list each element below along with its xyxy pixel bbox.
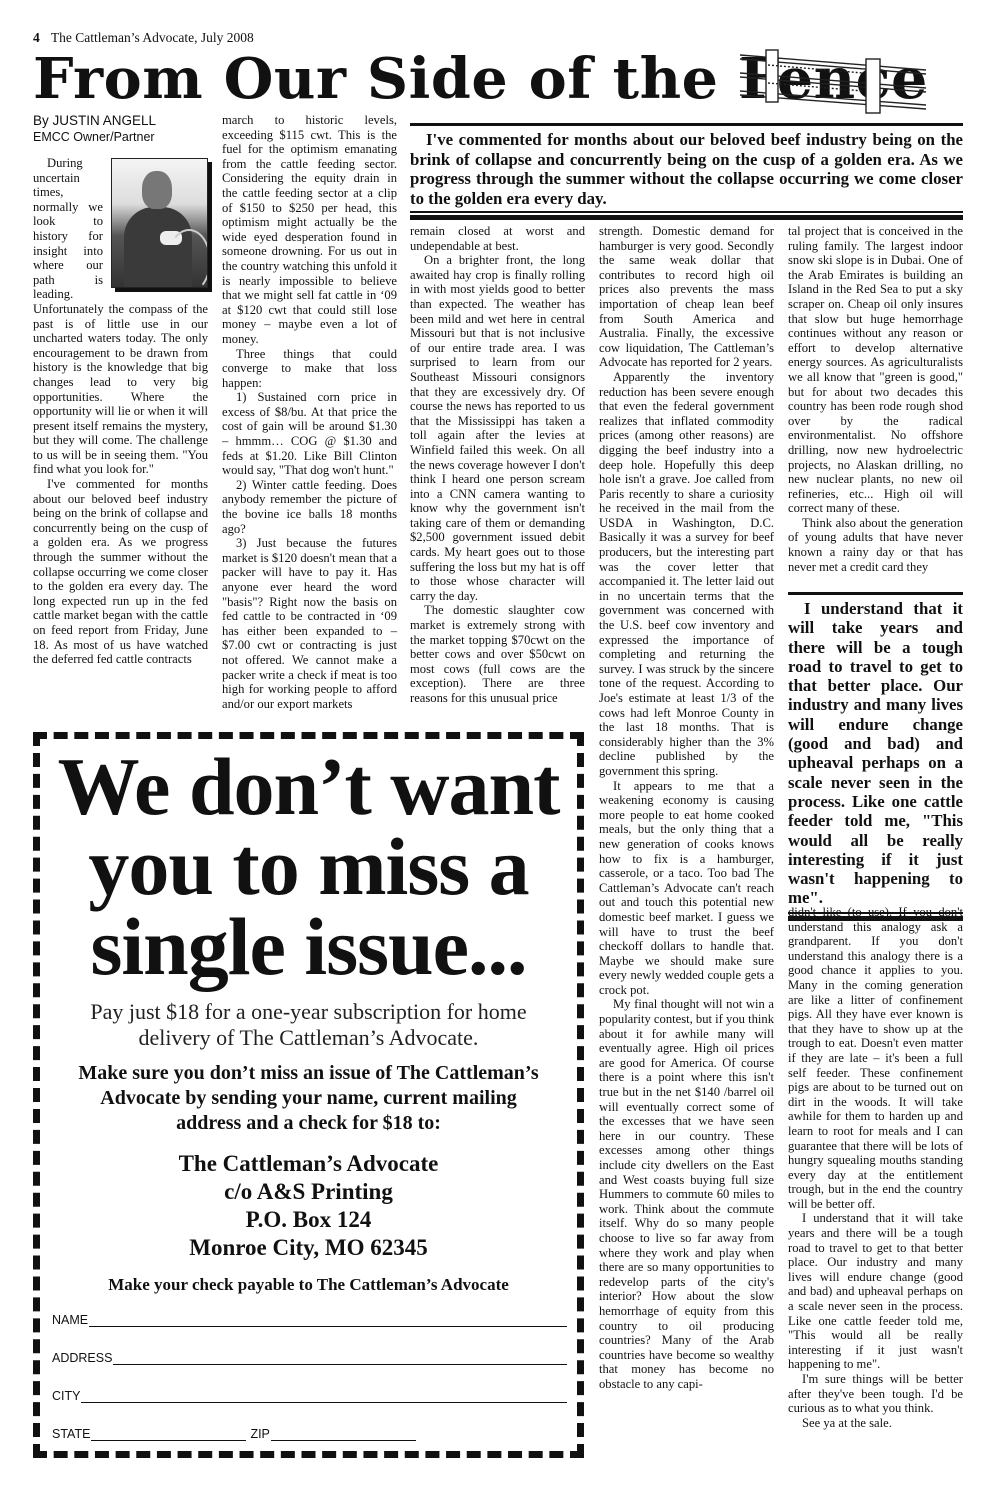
ad-instructions-line: Advocate by sending your name, current m… <box>40 1086 577 1111</box>
ad-headline-line: single issue... <box>40 907 577 987</box>
zip-input-line[interactable] <box>271 1427 416 1441</box>
city-label: CITY <box>52 1389 80 1403</box>
pull-quote-text: I've commented for months about our belo… <box>410 126 963 211</box>
state-input-line[interactable] <box>91 1427 246 1441</box>
ad-headline-line: you to miss a <box>40 827 577 907</box>
author-name: By JUSTIN ANGELL <box>33 113 156 129</box>
name-input-line[interactable] <box>89 1313 567 1327</box>
address-field[interactable]: ADDRESS <box>52 1327 567 1365</box>
article-paragraph: It appears to me that a weakening econom… <box>599 779 774 998</box>
article-paragraph: 2) Winter cattle feeding. Does anybody r… <box>222 478 397 536</box>
address-input-line[interactable] <box>113 1351 567 1365</box>
author-role: EMCC Owner/Partner <box>33 129 156 145</box>
pull-quote-side: I understand that it will take years and… <box>788 592 963 921</box>
name-label: NAME <box>52 1313 88 1327</box>
city-field[interactable]: CITY <box>52 1365 567 1403</box>
author-photo <box>111 158 208 288</box>
fence-illustration-icon <box>738 45 928 115</box>
city-input-line[interactable] <box>81 1389 567 1403</box>
address-line: P.O. Box 124 <box>40 1206 577 1234</box>
article-paragraph: The domestic slaughter cow market is ext… <box>410 603 585 705</box>
pull-quote-text: I understand that it will take years and… <box>788 595 963 912</box>
divider <box>410 211 963 220</box>
address-line: Monroe City, MO 62345 <box>40 1234 577 1262</box>
article-paragraph: march to historic levels, exceeding $115… <box>222 113 397 347</box>
page-number: 4 <box>33 30 40 45</box>
zip-label: ZIP <box>250 1427 269 1441</box>
address-line: The Cattleman’s Advocate <box>40 1150 577 1178</box>
article-paragraph: 3) Just because the futures market is $1… <box>222 536 397 711</box>
article-paragraph: Apparently the inventory reduction has b… <box>599 370 774 779</box>
article-paragraph: I've commented for months about our belo… <box>33 477 208 667</box>
article-paragraph: I understand that it will take years and… <box>788 1211 963 1372</box>
subscription-form: NAME ADDRESS CITY STATE ZIP <box>52 1289 567 1441</box>
ad-headline: We don’t want you to miss a single issue… <box>40 747 577 987</box>
state-zip-field[interactable]: STATE ZIP <box>52 1403 567 1441</box>
subscription-ad-coupon: We don’t want you to miss a single issue… <box>33 732 584 1458</box>
name-field[interactable]: NAME <box>52 1289 567 1327</box>
publication-name: The Cattleman’s Advocate, July 2008 <box>51 30 254 45</box>
mailing-address: The Cattleman’s Advocate c/o A&S Printin… <box>40 1150 577 1262</box>
ad-headline-line: We don’t want <box>40 747 577 827</box>
article-column-3: remain closed at worst and undependable … <box>410 224 585 706</box>
page-folio: 4 The Cattleman’s Advocate, July 2008 <box>33 30 254 46</box>
state-label: STATE <box>52 1427 90 1441</box>
article-column-2: march to historic levels, exceeding $115… <box>222 113 397 711</box>
ad-subheading: Pay just $18 for a one-year subscription… <box>40 999 577 1051</box>
article-paragraph: strength. Domestic demand for hamburger … <box>599 224 774 370</box>
address-line: c/o A&S Printing <box>40 1178 577 1206</box>
article-paragraph: 1) Sustained corn price in excess of $8/… <box>222 390 397 478</box>
article-paragraph: Three things that could converge to make… <box>222 347 397 391</box>
pull-quote-top: I've commented for months about our belo… <box>410 123 963 220</box>
article-paragraph: I'm sure things will be better after the… <box>788 1372 963 1416</box>
ad-instructions-line: address and a check for $18 to: <box>40 1111 577 1136</box>
ad-subheading-line: Pay just $18 for a one-year subscription… <box>40 999 577 1025</box>
article-paragraph: Think also about the generation of young… <box>788 516 963 574</box>
article-column-1: During uncertain times, normally we look… <box>33 156 208 667</box>
article-column-5-bottom: didn't like (to use). If you don't under… <box>788 905 963 1430</box>
article-paragraph: My final thought will not win a populari… <box>599 997 774 1391</box>
address-label: ADDRESS <box>52 1351 112 1365</box>
ad-instructions: Make sure you don’t miss an issue of The… <box>40 1061 577 1136</box>
article-paragraph: remain closed at worst and undependable … <box>410 224 585 253</box>
article-column-5-top: tal project that is conceived in the rul… <box>788 224 963 574</box>
article-column-4: strength. Domestic demand for hamburger … <box>599 224 774 1392</box>
ad-subheading-line: delivery of The Cattleman’s Advocate. <box>40 1025 577 1051</box>
ad-instructions-line: Make sure you don’t miss an issue of The… <box>40 1061 577 1086</box>
article-paragraph: didn't like (to use). If you don't under… <box>788 905 963 1211</box>
article-paragraph: On a brighter front, the long awaited ha… <box>410 253 585 603</box>
article-paragraph: tal project that is conceived in the rul… <box>788 224 963 516</box>
byline: By JUSTIN ANGELL EMCC Owner/Partner <box>33 113 156 145</box>
article-paragraph: See ya at the sale. <box>788 1416 963 1431</box>
